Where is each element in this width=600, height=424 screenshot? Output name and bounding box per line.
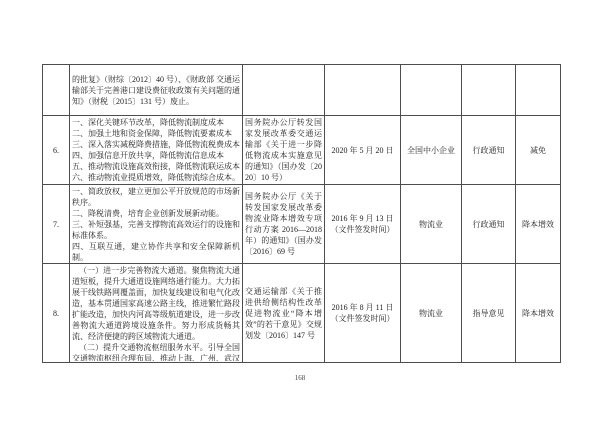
cell-policy-type: 行政通知 bbox=[462, 185, 516, 264]
cell-policy-document bbox=[243, 65, 325, 116]
document-page: 的批复》（财综〔2012〕40 号）、《财政部 交通运输部关于完善港口建设费征收… bbox=[0, 0, 600, 424]
measures-text: （一）进一步完善物流大通道。聚焦物流大通道短板，提升大通道设施网络通行能力。大力… bbox=[72, 265, 240, 361]
cell-policy-document: 国务院办公厅转发国家发展改革委交通运输部《关于进一步降低物流成本实施意见的通知》… bbox=[243, 116, 325, 185]
cell-row-number: 7. bbox=[43, 185, 70, 264]
cell-policy-type bbox=[462, 65, 516, 116]
cell-scope: 全国中小企业 bbox=[401, 116, 462, 185]
cell-policy-document: 国务院办公厅《关于转发国家发展改革委物流业降本增效专项行动方案 2016—201… bbox=[243, 185, 325, 264]
cell-measures: 的批复》（财综〔2012〕40 号）、《财政部 交通运输部关于完善港口建设费征收… bbox=[70, 65, 243, 116]
cell-policy-document: 交通运输部《关于推进供给侧结构性改革 促进物流业“降本增效”的若干意见》交规划发… bbox=[243, 264, 325, 363]
cell-row-number: 8. bbox=[43, 264, 70, 363]
measures-text: 一、简政放权，建立更加公平开放规范的市场新秩序。二、降税清费，培育企业创新发展新… bbox=[72, 186, 240, 262]
measures-text: 一、深化关键环节改革，降低物流制度成本二、加强土地和资金保障，降低物流要素成本三… bbox=[72, 117, 240, 183]
cell-row-number: 6. bbox=[43, 116, 70, 185]
cell-measures: （一）进一步完善物流大通道。聚焦物流大通道短板，提升大通道设施网络通行能力。大力… bbox=[70, 264, 243, 363]
cell-measures: 一、简政放权，建立更加公平开放规范的市场新秩序。二、降税清费，培育企业创新发展新… bbox=[70, 185, 243, 264]
policy-table: 的批复》（财综〔2012〕40 号）、《财政部 交通运输部关于完善港口建设费征收… bbox=[42, 64, 561, 363]
cell-policy-type: 行政通知 bbox=[462, 116, 516, 185]
cell-scope: 物流业 bbox=[401, 264, 462, 363]
cell-policy-effect: 减免 bbox=[516, 116, 561, 185]
cell-policy-effect bbox=[516, 65, 561, 116]
cell-policy-type: 指导意见 bbox=[462, 264, 516, 363]
page-number: 168 bbox=[0, 374, 600, 383]
cell-row-number bbox=[43, 65, 70, 116]
cell-measures: 一、深化关键环节改革，降低物流制度成本二、加强土地和资金保障，降低物流要素成本三… bbox=[70, 116, 243, 185]
cell-date: 2016 年 8 月 11 日（文件签发时间） bbox=[325, 264, 401, 363]
table-row-7: 7. 一、简政放权，建立更加公平开放规范的市场新秩序。二、降税清费，培育企业创新… bbox=[43, 185, 561, 264]
cell-date bbox=[325, 65, 401, 116]
cell-date: 2016 年 9 月 13 日（文件签发时间） bbox=[325, 185, 401, 264]
table-row-continuation: 的批复》（财综〔2012〕40 号）、《财政部 交通运输部关于完善港口建设费征收… bbox=[43, 65, 561, 116]
cell-policy-effect: 降本增效 bbox=[516, 185, 561, 264]
cell-policy-effect: 降本增效 bbox=[516, 264, 561, 363]
table-row-8: 8. （一）进一步完善物流大通道。聚焦物流大通道短板，提升大通道设施网络通行能力… bbox=[43, 264, 561, 363]
cell-date: 2020 年 5 月 20 日 bbox=[325, 116, 401, 185]
measures-text: 的批复》（财综〔2012〕40 号）、《财政部 交通运输部关于完善港口建设费征收… bbox=[72, 74, 240, 107]
cell-scope bbox=[401, 65, 462, 116]
cell-scope: 物流业 bbox=[401, 185, 462, 264]
table-row-6: 6. 一、深化关键环节改革，降低物流制度成本二、加强土地和资金保障，降低物流要素… bbox=[43, 116, 561, 185]
